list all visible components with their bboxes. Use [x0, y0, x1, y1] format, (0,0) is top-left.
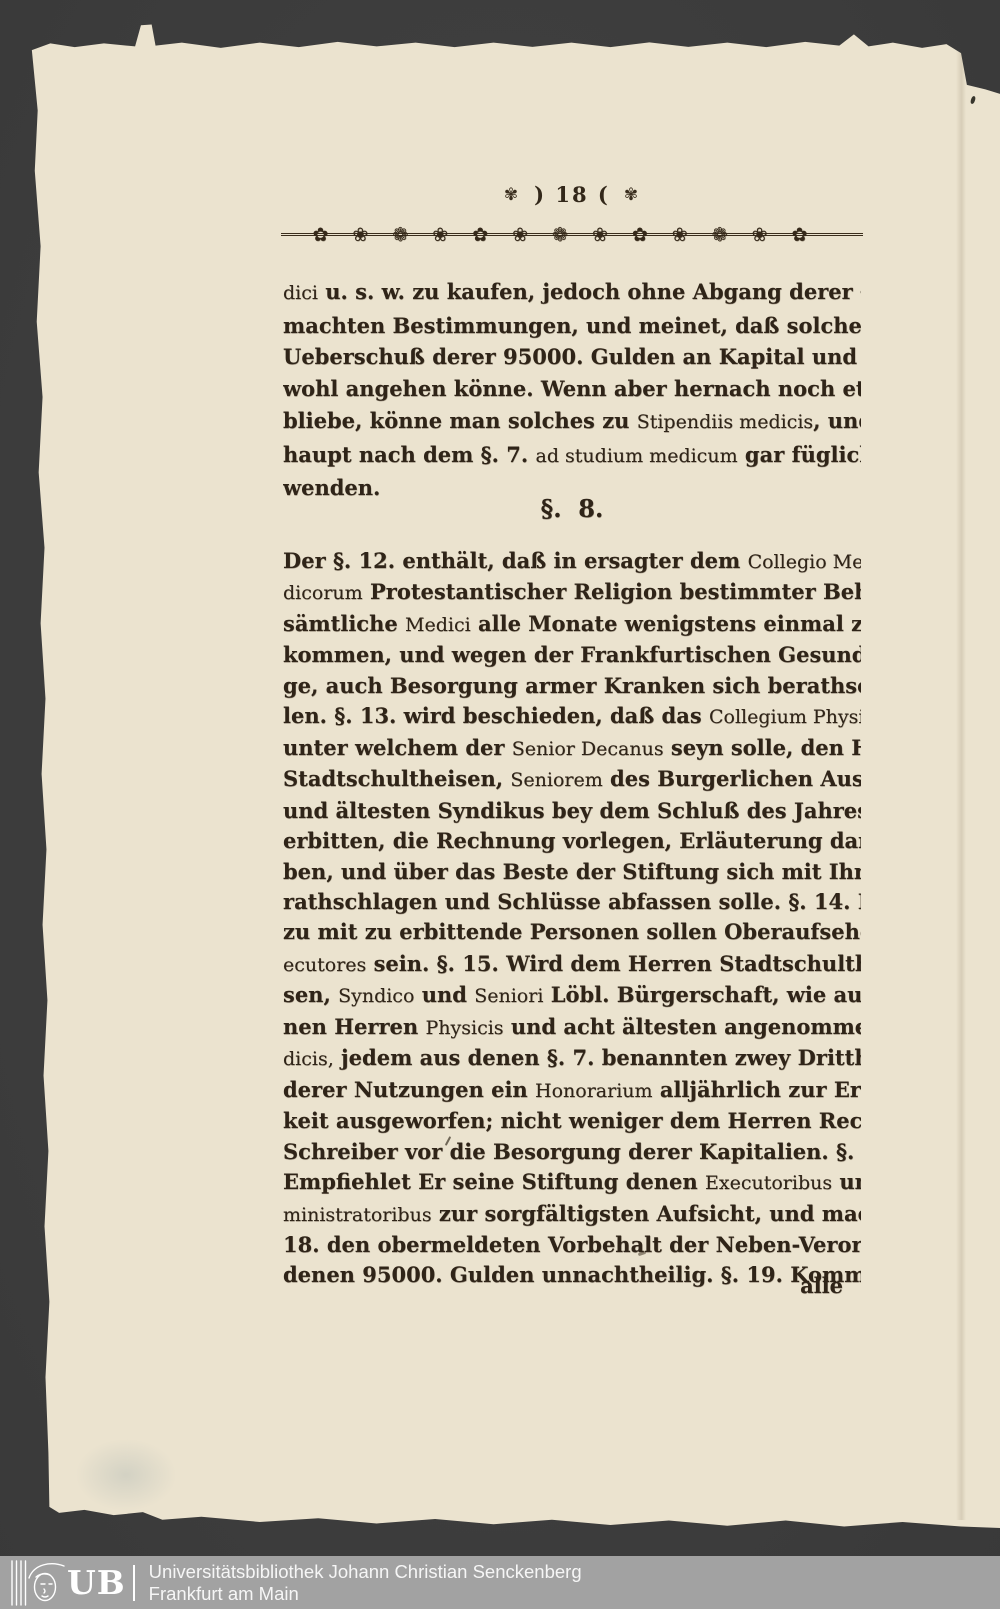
text-line: erbitten, die Rechnung vorlegen, Erläute… [283, 826, 861, 856]
page-number-header: ✾) 18 (✾ [283, 182, 861, 207]
library-label: Universitätsbibliothek Johann Christian … [149, 1561, 582, 1605]
book-page-scan: ✾) 18 (✾ ✿❀❁❀✿❀❁❀✿❀❁❀✿ dici u. s. w. zu … [26, 20, 1000, 1528]
ink-speck [970, 96, 976, 105]
fraktur-segment: machten Bestimmungen, und meinet, daß so… [283, 313, 861, 338]
text-line: ge, auch Besorgung armer Kranken sich be… [283, 671, 861, 701]
text-line: ben, und über das Beste der Stiftung sic… [283, 857, 861, 887]
fraktur-segment: kommen, und wegen der Frankfurtischen Ge… [283, 642, 861, 667]
antiqua-segment: Seniori [474, 985, 543, 1007]
logo-divider [133, 1565, 135, 1601]
antiqua-segment: Syndico [338, 985, 414, 1007]
text-line: bliebe, könne man solches zu Stipendiis … [283, 405, 861, 439]
text-line: Stadtschultheisen, Seniorem des Burgerli… [283, 764, 861, 795]
floral-ornament-left-icon: ✾ [504, 185, 520, 205]
text-line: 18. den obermeldeten Vorbehalt der Neben… [283, 1230, 861, 1260]
fraktur-segment: keit ausgeworfen; nicht weniger dem Herr… [283, 1108, 861, 1133]
text-line: rathschlagen und Schlüsse abfassen solle… [283, 887, 861, 917]
fraktur-segment: Löbl. Bürgerschaft, wie auch de- [543, 982, 861, 1007]
fraktur-segment: seyn solle, den Herrn [664, 735, 861, 760]
text-line: ecutores sein. §. 15. Wird dem Herren St… [283, 949, 861, 980]
antiqua-segment: ecutores [283, 954, 366, 976]
text-line: dici u. s. w. zu kaufen, jedoch ohne Abg… [283, 276, 861, 310]
catchword: alle [283, 1273, 843, 1298]
ub-logo: UB [9, 1560, 135, 1606]
fraktur-segment: bliebe, könne man solches zu [283, 408, 637, 433]
text-line: len. §. 13. wird beschieden, daß das Col… [283, 701, 861, 732]
text-line: Ueberschuß derer 95000. Gulden an Kapita… [283, 341, 861, 373]
text-line: Schreiber vor die Besorgung derer Kapita… [283, 1137, 861, 1167]
text-line: Der §. 12. enthält, daß in ersagter dem … [283, 546, 861, 577]
antiqua-segment: Executoribus [705, 1172, 832, 1194]
text-line: unter welchem der Senior Decanus seyn so… [283, 733, 861, 764]
fraktur-segment: sein. §. 15. Wird dem Herren Stadtschult… [366, 951, 861, 976]
fraktur-segment: Protestantischer Religion bestimmter Beh… [363, 579, 861, 604]
fraktur-segment: des Burgerlichen Ausschusses, [603, 766, 861, 791]
ub-logo-text: UB [67, 1561, 126, 1605]
text-line: keit ausgeworfen; nicht weniger dem Herr… [283, 1106, 861, 1136]
paragraph-continuation: dici u. s. w. zu kaufen, jedoch ohne Abg… [283, 276, 861, 504]
fraktur-segment: und ältesten Syndikus bey dem Schluß des… [283, 798, 861, 823]
fraktur-segment: u. s. w. zu kaufen, jedoch ohne Abgang d… [318, 279, 861, 304]
antiqua-segment: dici [283, 282, 318, 304]
text-line: sämtliche Medici alle Monate wenigstens … [283, 609, 861, 640]
page-number: 18 [555, 182, 588, 207]
folio-bracket-right: ( [598, 182, 610, 207]
text-line: Empfiehlet Er seine Stiftung denen Execu… [283, 1167, 861, 1198]
fraktur-segment: 18. den obermeldeten Vorbehalt der Neben… [283, 1232, 861, 1257]
fraktur-segment: derer Nutzungen ein [283, 1077, 535, 1102]
antiqua-segment: Stipendiis medicis [637, 411, 813, 433]
fraktur-segment: ge, auch Besorgung armer Kranken sich be… [283, 673, 861, 698]
text-line: zu mit zu erbittende Personen sollen Obe… [283, 917, 861, 948]
text-line: nen Herren Physicis und acht ältesten an… [283, 1012, 861, 1043]
text-line: wohl angehen könne. Wenn aber hernach no… [283, 373, 861, 405]
fraktur-segment: zu mit zu erbittende Personen sollen Obe… [283, 919, 861, 944]
fraktur-segment: , und über- [813, 408, 861, 433]
fraktur-segment: wohl angehen könne. Wenn aber hernach no… [283, 376, 861, 401]
fraktur-segment: ben, und über das Beste der Stiftung sic… [283, 859, 861, 884]
fraktur-segment: alljährlich zur Ergötzlich- [653, 1077, 861, 1102]
fraktur-segment: Ueberschuß derer 95000. Gulden an Kapita… [283, 344, 861, 369]
text-line: dicis, jedem aus denen §. 7. benannten z… [283, 1043, 861, 1074]
antiqua-segment: dicis, [283, 1048, 334, 1070]
fraktur-segment: haupt nach dem §. 7. [283, 442, 536, 467]
antiqua-segment: Honorarium [535, 1080, 653, 1102]
text-line: sen, Syndico und Seniori Löbl. Bürgersch… [283, 980, 861, 1011]
antiqua-segment: Senior Decanus [512, 738, 664, 760]
fraktur-segment: Empfiehlet Er seine Stiftung denen [283, 1169, 705, 1194]
fraktur-segment: zur sorgfältigsten Aufsicht, und machet … [432, 1201, 861, 1226]
text-line: dicorum Protestantischer Religion bestim… [283, 577, 861, 608]
antiqua-segment: Medici [405, 614, 471, 636]
text-line: machten Bestimmungen, und meinet, daß so… [283, 310, 861, 342]
text-line: ministratoribus zur sorgfältigsten Aufsi… [283, 1199, 861, 1230]
text-line: und ältesten Syndikus bey dem Schluß des… [283, 796, 861, 826]
fraktur-segment: und [832, 1169, 861, 1194]
fraktur-segment: sämtliche [283, 611, 405, 636]
antiqua-segment: Physicis [425, 1017, 503, 1039]
section-heading: §. 8. [283, 494, 861, 523]
library-city: Frankfurt am Main [149, 1583, 582, 1605]
folio-bracket-left: ) [534, 182, 546, 207]
library-footer-bar: UB Universitätsbibliothek Johann Christi… [0, 1556, 1000, 1609]
paragraph-section-8: Der §. 12. enthält, daß in ersagter dem … [283, 546, 861, 1291]
fraktur-segment: jedem aus denen §. 7. benannten zwey Dri… [334, 1045, 861, 1070]
fraktur-segment: Der §. 12. enthält, daß in ersagter dem [283, 548, 748, 573]
fraktur-segment: und [414, 982, 474, 1007]
antiqua-segment: Collegium Physicum, [709, 706, 861, 728]
paper-stain [56, 1425, 196, 1525]
fraktur-segment: unter welchem der [283, 735, 512, 760]
headpiece-ornament-band: ✿❀❁❀✿❀❁❀✿❀❁❀✿ [279, 220, 865, 250]
text-line: haupt nach dem §. 7. ad studium medicum … [283, 439, 861, 473]
antiqua-segment: ministratoribus [283, 1204, 432, 1226]
fraktur-segment: erbitten, die Rechnung vorlegen, Erläute… [283, 828, 861, 853]
page-fold-crease [956, 50, 966, 1520]
fraktur-segment: alle Monate wenigstens einmal zusammen [471, 611, 861, 636]
floral-ornament-right-icon: ✾ [624, 185, 640, 205]
antiqua-segment: ad studium medicum [536, 445, 738, 467]
fraktur-segment: Stadtschultheisen, [283, 766, 510, 791]
library-name: Universitätsbibliothek Johann Christian … [149, 1561, 582, 1583]
fraktur-segment: gar füglich ver- [738, 442, 861, 467]
antiqua-segment: Collegio Me- [748, 551, 861, 573]
text-line: derer Nutzungen ein Honorarium alljährli… [283, 1075, 861, 1106]
fraktur-segment: und acht ältesten angenommenen [504, 1014, 861, 1039]
fraktur-segment: len. §. 13. wird beschieden, daß das [283, 703, 709, 728]
antiqua-segment: Seniorem [510, 769, 602, 791]
antiqua-segment: dicorum [283, 582, 363, 604]
fraktur-segment: sen, [283, 982, 338, 1007]
text-line: kommen, und wegen der Frankfurtischen Ge… [283, 640, 861, 670]
fraktur-segment: Schreiber vor die Besorgung derer Kapita… [283, 1139, 861, 1164]
floral-band-icon: ✿❀❁❀✿❀❁❀✿❀❁❀✿ [313, 220, 832, 250]
fraktur-segment: rathschlagen und Schlüsse abfassen solle… [283, 889, 861, 914]
fraktur-segment: nen Herren [283, 1014, 425, 1039]
ub-logo-portrait-icon [9, 1560, 65, 1606]
